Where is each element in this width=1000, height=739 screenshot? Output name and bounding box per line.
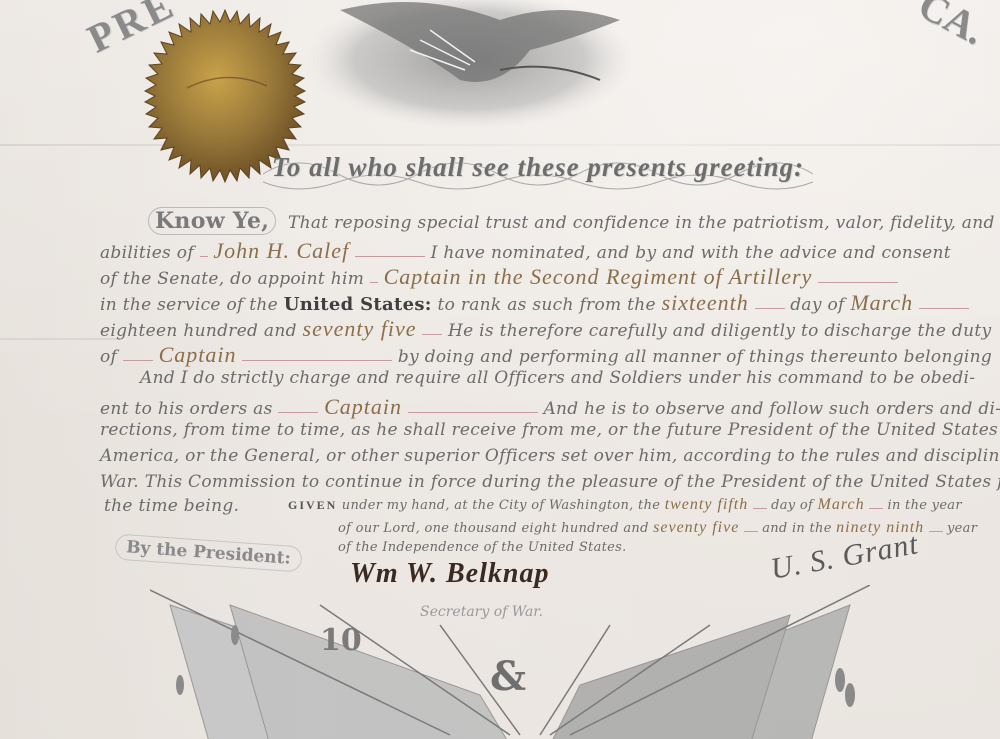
body-line-3: of the Senate, do appoint him Captain in… <box>100 264 898 290</box>
given-year: seventy five <box>653 519 739 536</box>
body-text: by doing and performing all manner of th… <box>398 347 992 367</box>
body-text: He is therefore carefully and diligently… <box>448 321 991 341</box>
orders-rank: Captain <box>324 394 402 419</box>
rank-and-regiment: Captain in the Second Regiment of Artill… <box>384 264 813 289</box>
svg-text:10: 10 <box>320 623 362 658</box>
rank-date-month: March <box>850 290 913 315</box>
body-line-1: Know Ye, That reposing special trust and… <box>148 208 995 234</box>
know-ye-heading: Know Ye, <box>148 207 276 235</box>
officer-name: John H. Calef <box>213 238 349 263</box>
body-line-12: the time being. <box>104 496 239 516</box>
greeting-text: To all who shall see these presents gree… <box>272 152 804 182</box>
given-month: March <box>818 496 865 513</box>
body-text: of our Lord, one thousand eight hundred … <box>338 521 649 536</box>
body-text: in the service of the <box>100 295 278 315</box>
body-line-8: ent to his orders as Captain And he is t… <box>100 394 1000 420</box>
rank-date-day: sixteenth <box>662 290 749 315</box>
eagle-engraving-icon <box>300 0 640 130</box>
body-text: day of <box>771 498 813 513</box>
united-states-blackletter: United States: <box>284 294 432 315</box>
body-line-11: War. This Commission to continue in forc… <box>100 472 1000 492</box>
body-line-10: America, or the General, or other superi… <box>100 446 1000 466</box>
given-day: twenty fifth <box>665 496 749 513</box>
body-text: And he is to observe and follow such ord… <box>543 399 1000 419</box>
given-line-1: GIVEN under my hand, at the City of Wash… <box>288 496 962 514</box>
body-text: eighteen hundred and <box>100 321 297 341</box>
body-text: in the year <box>887 498 961 513</box>
given-label: GIVEN <box>288 498 337 512</box>
duty-rank: Captain <box>159 342 237 367</box>
body-line-5: eighteen hundred and seventy five He is … <box>100 316 991 342</box>
body-line-9: rections, from time to time, as he shall… <box>100 420 1000 440</box>
body-text: of the Senate, do appoint him <box>100 269 364 289</box>
body-line-7: And I do strictly charge and require all… <box>140 368 975 388</box>
body-text: abilities of <box>100 243 194 263</box>
body-text: of <box>100 347 117 367</box>
body-text: War. This Commission to continue in forc… <box>100 472 1000 492</box>
given-line-3: of the Independence of the United States… <box>338 540 627 555</box>
body-text: and in the <box>762 521 832 536</box>
rank-date-year: seventy five <box>303 316 417 341</box>
body-text: day of <box>790 295 844 315</box>
body-line-2: abilities of John H. Calef I have nomina… <box>100 238 951 264</box>
body-text: That reposing special trust and confiden… <box>288 213 995 233</box>
body-text: the time being. <box>104 496 239 516</box>
greeting-banner: To all who shall see these presents gree… <box>258 152 818 192</box>
body-line-4: in the service of the United States: to … <box>100 290 969 316</box>
body-text: year <box>947 521 977 536</box>
body-text: And I do strictly charge and require all… <box>140 368 975 388</box>
body-text: ent to his orders as <box>100 399 273 419</box>
body-text: under my hand, at the City of Washington… <box>342 498 660 513</box>
body-line-6: of Captain by doing and performing all m… <box>100 342 992 368</box>
svg-text:&: & <box>490 653 526 700</box>
body-text: America, or the General, or other superi… <box>100 446 1000 466</box>
crossed-flags-engraving-icon: 10 & <box>150 585 870 739</box>
body-text: of the Independence of the United States… <box>338 540 627 555</box>
body-text: to rank as such from the <box>437 295 655 315</box>
body-text: rections, from time to time, as he shall… <box>100 420 1000 440</box>
body-text: I have nominated, and by and with the ad… <box>431 243 951 263</box>
